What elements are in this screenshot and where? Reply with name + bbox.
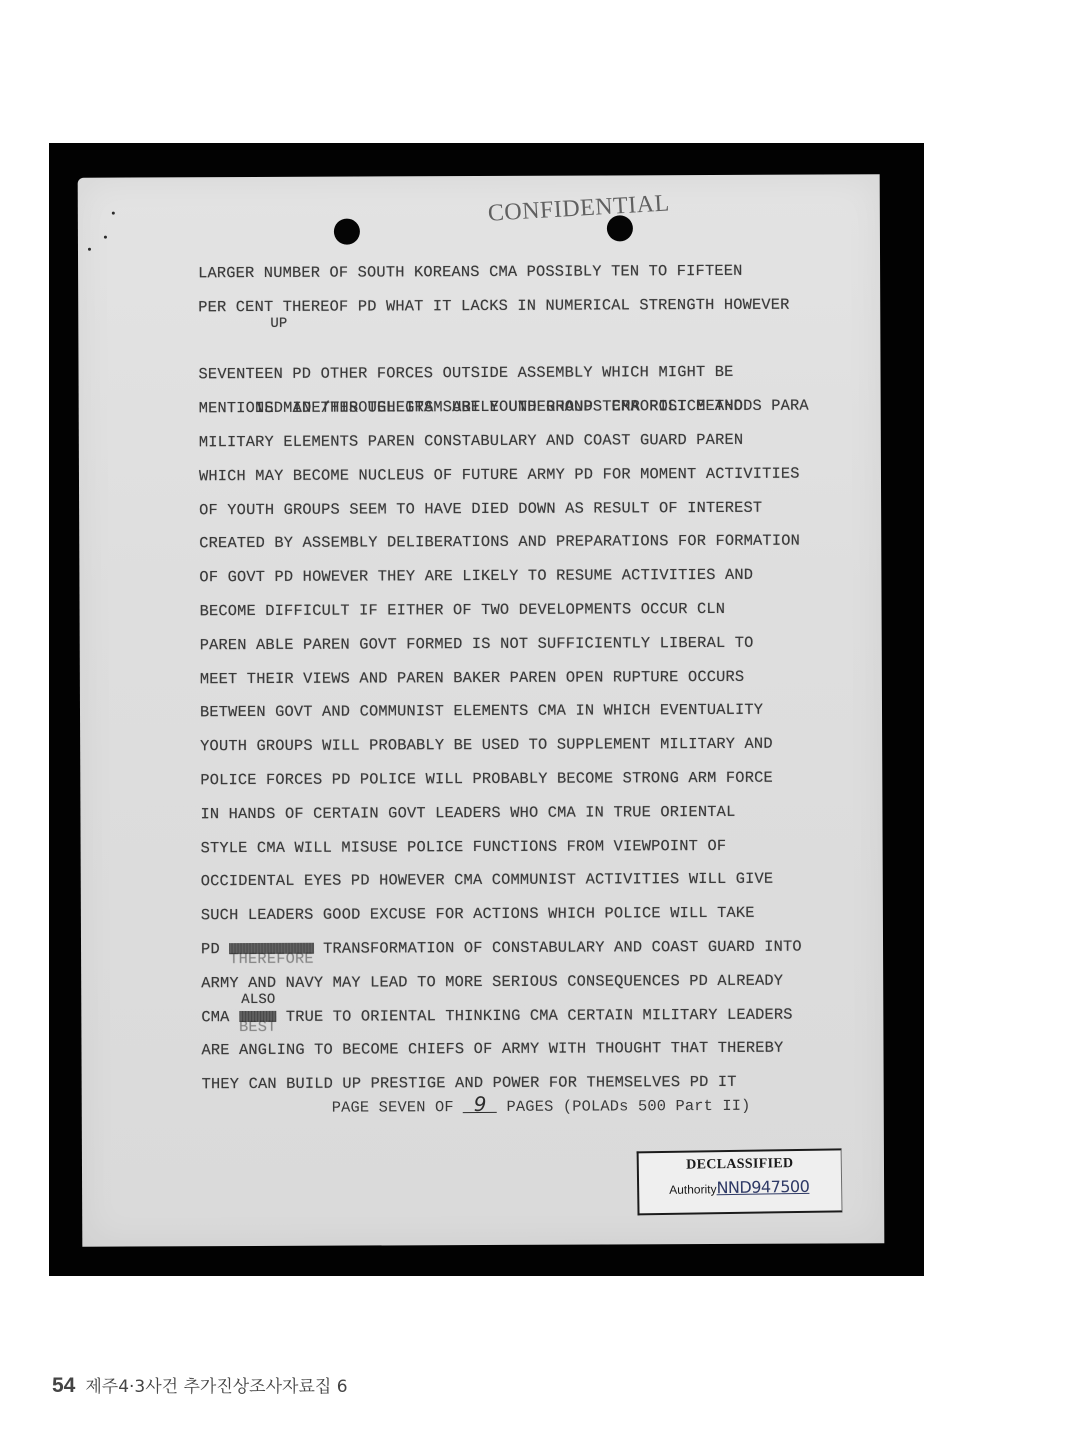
declassified-authority: AuthorityNND947500: [669, 1177, 809, 1198]
text-line: CREATED BY ASSEMBLY DELIBERATIONS AND PR…: [199, 525, 879, 562]
text-line-with-insertion: UP IS MADE/THROUGH ITS SUBTLE UNDERHAND …: [198, 322, 878, 359]
page-count-line: PAGE SEVEN OF 9 PAGES (POLADs 500 Part I…: [332, 1095, 751, 1117]
text-line: LARGER NUMBER OF SOUTH KOREANS CMA POSSI…: [198, 254, 878, 291]
text-line: MEET THEIR VIEWS AND PAREN BAKER PAREN O…: [200, 660, 880, 697]
text-line: ARE ANGLING TO BECOME CHIEFS OF ARMY WIT…: [201, 1032, 881, 1069]
text-line: ARMY AND NAVY MAY LEAD TO MORE SERIOUS C…: [201, 964, 881, 1001]
text-fragment: TRUE TO ORIENTAL THINKING CMA CERTAIN MI…: [276, 1005, 792, 1025]
insertion-up: UP: [270, 316, 287, 330]
text-line: BECOME DIFFICULT IF EITHER OF TWO DEVELO…: [199, 592, 879, 629]
text-fragment: TRANSFORMATION OF CONSTABULARY AND COAST…: [314, 938, 802, 958]
paper-speck: [112, 212, 115, 215]
text-line: WHICH MAY BECOME NUCLEUS OF FUTURE ARMY …: [199, 457, 879, 494]
text-line: SEVENTEEN PD OTHER FORCES OUTSIDE ASSEMB…: [198, 356, 878, 393]
declassified-title: DECLASSIFIED: [639, 1155, 841, 1174]
text-line: MENTIONED IN THIS TELEGRAM ARE YOUTH GRO…: [199, 389, 879, 426]
text-fragment: PD: [201, 940, 229, 958]
text-line: OCCIDENTAL EYES PD HOWEVER CMA COMMUNIST…: [201, 863, 881, 900]
confidential-stamp: CONFIDENTIAL: [487, 190, 670, 227]
paper-speck: [88, 248, 91, 251]
text-line: PAREN ABLE PAREN GOVT FORMED IS NOT SUFF…: [200, 626, 880, 663]
text-line-with-strikeout: ALSOCMA BEST TRUE TO ORIENTAL THINKING C…: [201, 998, 881, 1035]
insertion-also: ALSO: [241, 992, 275, 1006]
telegram-body: LARGER NUMBER OF SOUTH KOREANS CMA POSSI…: [198, 254, 882, 1102]
text-line: OF YOUTH GROUPS SEEM TO HAVE DIED DOWN A…: [199, 491, 879, 528]
paper-speck: [104, 236, 107, 239]
text-line: BETWEEN GOVT AND COMMUNIST ELEMENTS CMA …: [200, 694, 880, 731]
text-line-with-strikeout: PD THEREFORE TRANSFORMATION OF CONSTABUL…: [201, 930, 881, 967]
text-line: SUCH LEADERS GOOD EXCUSE FOR ACTIONS WHI…: [201, 896, 881, 933]
authority-number: NND947500: [716, 1177, 809, 1197]
declassified-stamp: DECLASSIFIED AuthorityNND947500: [637, 1148, 843, 1215]
text-fragment: CMA: [201, 1008, 239, 1026]
struck-out-word: THEREFORE: [229, 943, 314, 954]
text-line: IN HANDS OF CERTAIN GOVT LEADERS WHO CMA…: [200, 795, 880, 832]
page-number: 54: [52, 1374, 75, 1398]
page-count-prefix: PAGE SEVEN OF: [332, 1098, 463, 1117]
telegram-page: CONFIDENTIAL LARGER NUMBER OF SOUTH KORE…: [78, 174, 885, 1246]
book-page-footer: 54 제주4·3사건 추가진상조사자료집 6: [52, 1372, 348, 1398]
book-title: 제주4·3사건 추가진상조사자료집 6: [85, 1372, 347, 1397]
struck-out-word: BEST: [239, 1011, 277, 1022]
text-line: MILITARY ELEMENTS PAREN CONSTABULARY AND…: [199, 423, 879, 460]
punch-hole-left: [334, 219, 360, 245]
text-line: PER CENT THEREOF PD WHAT IT LACKS IN NUM…: [198, 288, 878, 325]
handwritten-page-total: 9: [463, 1096, 497, 1113]
text-line: OF GOVT PD HOWEVER THEY ARE LIKELY TO RE…: [199, 558, 879, 595]
authority-label: Authority: [669, 1182, 717, 1197]
text-line: POLICE FORCES PD POLICE WILL PROBABLY BE…: [200, 761, 880, 798]
text-line: YOUTH GROUPS WILL PROBABLY BE USED TO SU…: [200, 727, 880, 764]
page-count-suffix: PAGES (POLADs 500 Part II): [497, 1097, 750, 1116]
text-line: STYLE CMA WILL MISUSE POLICE FUNCTIONS F…: [201, 829, 881, 866]
